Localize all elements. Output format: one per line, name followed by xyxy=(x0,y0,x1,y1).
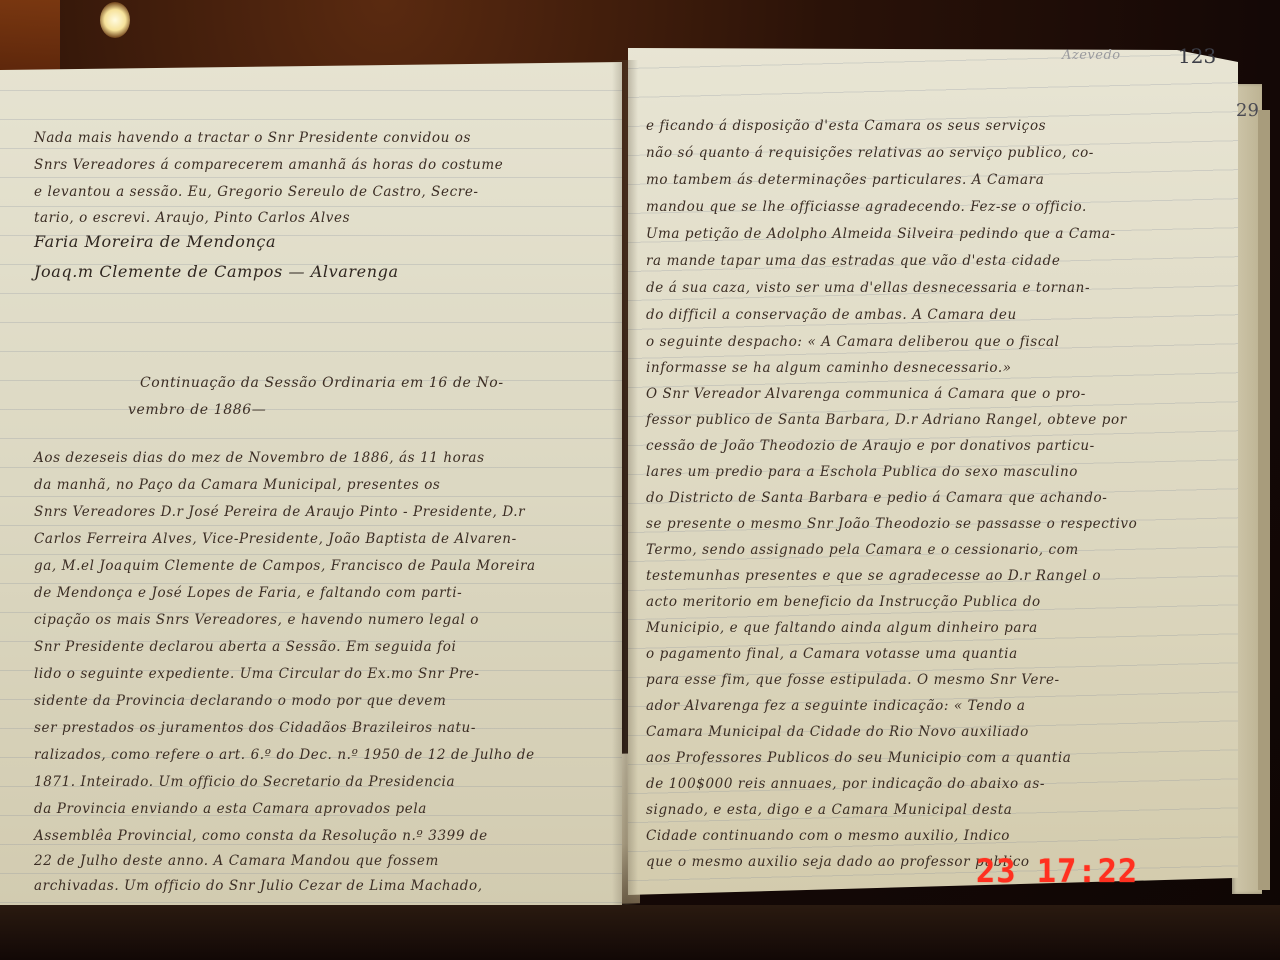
body-line: ra mande tapar uma das estradas que vão … xyxy=(646,253,1060,269)
book-gutter xyxy=(612,60,638,910)
body-line: Termo, sendo assignado pela Camara e o c… xyxy=(646,542,1079,558)
body-line: aos Professores Publicos do seu Municipi… xyxy=(646,750,1071,766)
body-line: do Districto de Santa Barbara e pedio á … xyxy=(646,490,1107,506)
body-line: para esse fim, que fosse estipulada. O m… xyxy=(646,672,1060,688)
body-line: lares um predio para a Eschola Publica d… xyxy=(646,464,1078,480)
loose-sheet-edge-2 xyxy=(1258,110,1270,890)
body-line: testemunhas presentes e que se agradeces… xyxy=(646,568,1101,584)
body-line: Camara Municipal da Cidade do Rio Novo a… xyxy=(646,724,1029,740)
body-line: 1871. Inteirado. Um officio do Secretari… xyxy=(34,774,455,790)
body-line: de á sua caza, visto ser uma d'ellas des… xyxy=(646,280,1090,296)
body-line: cessão de João Theodozio de Araujo e por… xyxy=(646,438,1095,454)
body-line: de Mendonça e José Lopes de Faria, e fal… xyxy=(34,585,462,601)
body-line: se presente o mesmo Snr João Theodozio s… xyxy=(646,516,1137,532)
folio-number: 123 xyxy=(1178,44,1216,68)
body-line: informasse se ha algum caminho desnecess… xyxy=(646,360,1012,376)
session-heading: vembro de 1886— xyxy=(128,402,266,418)
body-line: do difficil a conservação de ambas. A Ca… xyxy=(646,307,1017,323)
body-line: ser prestados os juramentos dos Cidadãos… xyxy=(34,720,476,736)
body-line: não só quanto á requisições relativas ao… xyxy=(646,145,1094,161)
body-line: O Snr Vereador Alvarenga communica á Cam… xyxy=(646,386,1086,402)
table-surface xyxy=(0,905,1280,960)
body-line: signado, e esta, digo e a Camara Municip… xyxy=(646,802,1012,818)
closing-line: Nada mais havendo a tractar o Snr Presid… xyxy=(34,130,471,146)
body-line: Aos dezeseis dias do mez de Novembro de … xyxy=(34,450,485,466)
background-lamp xyxy=(100,2,130,38)
body-line: lido o seguinte expediente. Uma Circular… xyxy=(34,666,480,682)
body-line: mandou que se lhe officiasse agradecendo… xyxy=(646,199,1087,215)
body-line: Cidade continuando com o mesmo auxilio, … xyxy=(646,828,1010,844)
background-lamp-glow xyxy=(0,0,60,70)
body-line: Snrs Vereadores D.r José Pereira de Arau… xyxy=(34,504,525,520)
closing-line: tario, o escrevi. Araujo, Pinto Carlos A… xyxy=(34,210,350,226)
body-line: acto meritorio em beneficio da Instrucçã… xyxy=(646,594,1041,610)
body-line: da Provincia enviando a esta Camara apro… xyxy=(34,801,427,817)
body-line: Assemblêa Provincial, como consta da Res… xyxy=(34,828,488,844)
body-line: da manhã, no Paço da Camara Municipal, p… xyxy=(34,477,440,493)
session-heading: Continuação da Sessão Ordinaria em 16 de… xyxy=(140,375,504,391)
body-line: ador Alvarenga fez a seguinte indicação:… xyxy=(646,698,1026,714)
signature-line: Joaq.m Clemente de Campos — Alvarenga xyxy=(34,262,399,281)
signature-line: Faria Moreira de Mendonça xyxy=(34,232,276,251)
body-line: Uma petição de Adolpho Almeida Silveira … xyxy=(646,226,1116,242)
body-line: que o mesmo auxilio seja dado ao profess… xyxy=(646,854,1030,870)
body-line: Municipio, e que faltando ainda algum di… xyxy=(646,620,1038,636)
body-line: archivadas. Um officio do Snr Julio Ceza… xyxy=(34,878,483,894)
body-line: 22 de Julho deste anno. A Camara Mandou … xyxy=(34,853,439,869)
camera-timestamp-overlay: 23 17:22 xyxy=(976,852,1138,890)
body-line: ga, M.el Joaquim Clemente de Campos, Fra… xyxy=(34,558,536,574)
body-line: e ficando á disposição d'esta Camara os … xyxy=(646,118,1046,134)
body-line: o pagamento final, a Camara votasse uma … xyxy=(646,646,1018,662)
body-line: de 100$000 reis annuaes, por indicação d… xyxy=(646,776,1045,792)
closing-line: e levantou a sessão. Eu, Gregorio Sereul… xyxy=(34,184,479,200)
body-line: fessor publico de Santa Barbara, D.r Adr… xyxy=(646,412,1127,428)
body-line: mo tambem ás determinações particulares.… xyxy=(646,172,1044,188)
closing-line: Snrs Vereadores á comparecerem amanhã ás… xyxy=(34,157,503,173)
body-line: cipação os mais Snrs Vereadores, e haven… xyxy=(34,612,479,628)
body-line: sidente da Provincia declarando o modo p… xyxy=(34,693,446,709)
body-line: ralizados, como refere o art. 6.º do Dec… xyxy=(34,747,535,763)
body-line: o seguinte despacho: « A Camara delibero… xyxy=(646,334,1060,350)
body-line: Snr Presidente declarou aberta a Sessão.… xyxy=(34,639,456,655)
body-line: Carlos Ferreira Alves, Vice-Presidente, … xyxy=(34,531,517,547)
underlying-folio-number: 29 xyxy=(1236,100,1259,121)
folio-pencil-note: Azevedo xyxy=(1062,48,1121,63)
